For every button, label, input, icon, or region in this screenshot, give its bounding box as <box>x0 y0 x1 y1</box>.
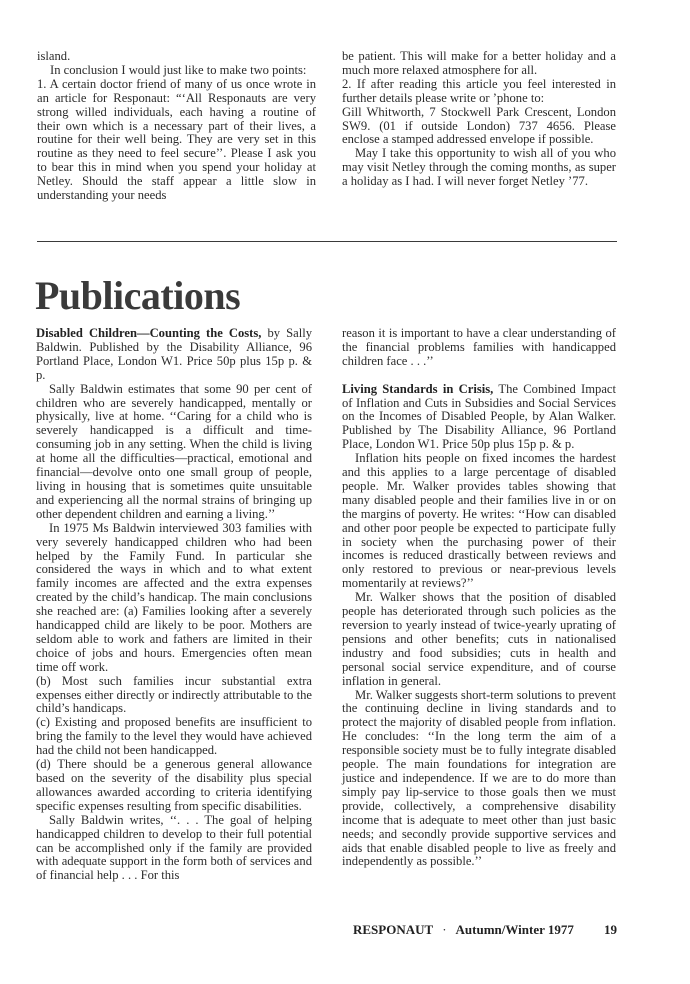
paragraph: 1. A certain doctor friend of many of us… <box>37 78 316 203</box>
section-divider <box>37 241 617 242</box>
publications-left-column: Disabled Children—Counting the Costs, by… <box>36 327 312 883</box>
paragraph: be patient. This will make for a better … <box>342 50 616 78</box>
paragraph: In conclusion I would just like to make … <box>37 64 316 78</box>
paragraph: island. <box>37 50 316 64</box>
paragraph: (b) Most such families incur substantial… <box>36 675 312 717</box>
paragraph: May I take this opportunity to wish all … <box>342 147 616 189</box>
article-continuation-left-column: island. In conclusion I would just like … <box>37 50 316 203</box>
paragraph: Mr. Walker suggests short-term solutions… <box>342 689 616 870</box>
paragraph: Sally Baldwin estimates that some 90 per… <box>36 383 312 522</box>
split-text-left: Sally Baldwin writes, ‘‘. . . The goal o… <box>36 813 312 883</box>
section-title: Publications <box>35 274 240 318</box>
paragraph: (d) There should be a generous general a… <box>36 758 312 814</box>
paragraph: reason it is important to have a clear u… <box>342 327 616 369</box>
publication-name: RESPONAUT <box>353 922 433 938</box>
footer-separator: · <box>442 922 446 938</box>
article-continuation-right-column: be patient. This will make for a better … <box>342 50 616 189</box>
paragraph: 2. If after reading this article you fee… <box>342 78 616 106</box>
paragraph: Sally Baldwin writes, ‘‘. . . The goal o… <box>36 814 312 884</box>
paragraph: Inflation hits people on fixed incomes t… <box>342 452 616 591</box>
review-citation: Living Standards in Crisis, The Combined… <box>342 383 616 453</box>
page-number: 19 <box>604 922 617 938</box>
paragraph: (c) Existing and proposed benefits are i… <box>36 716 312 758</box>
issue-date: Autumn/Winter 1977 <box>456 922 574 938</box>
review-title: Living Standards in Crisis, <box>342 382 493 396</box>
contact-address: Gill Whitworth, 7 Stockwell Park Crescen… <box>342 106 616 148</box>
publications-right-column: reason it is important to have a clear u… <box>342 327 616 869</box>
review-citation: Disabled Children—Counting the Costs, by… <box>36 327 312 383</box>
paragraph: Mr. Walker shows that the position of di… <box>342 591 616 688</box>
review-title: Disabled Children—Counting the Costs, <box>36 326 261 340</box>
paragraph: In 1975 Ms Baldwin interviewed 303 famil… <box>36 522 312 675</box>
page-footer: RESPONAUT · Autumn/Winter 1977 19 <box>353 922 617 938</box>
